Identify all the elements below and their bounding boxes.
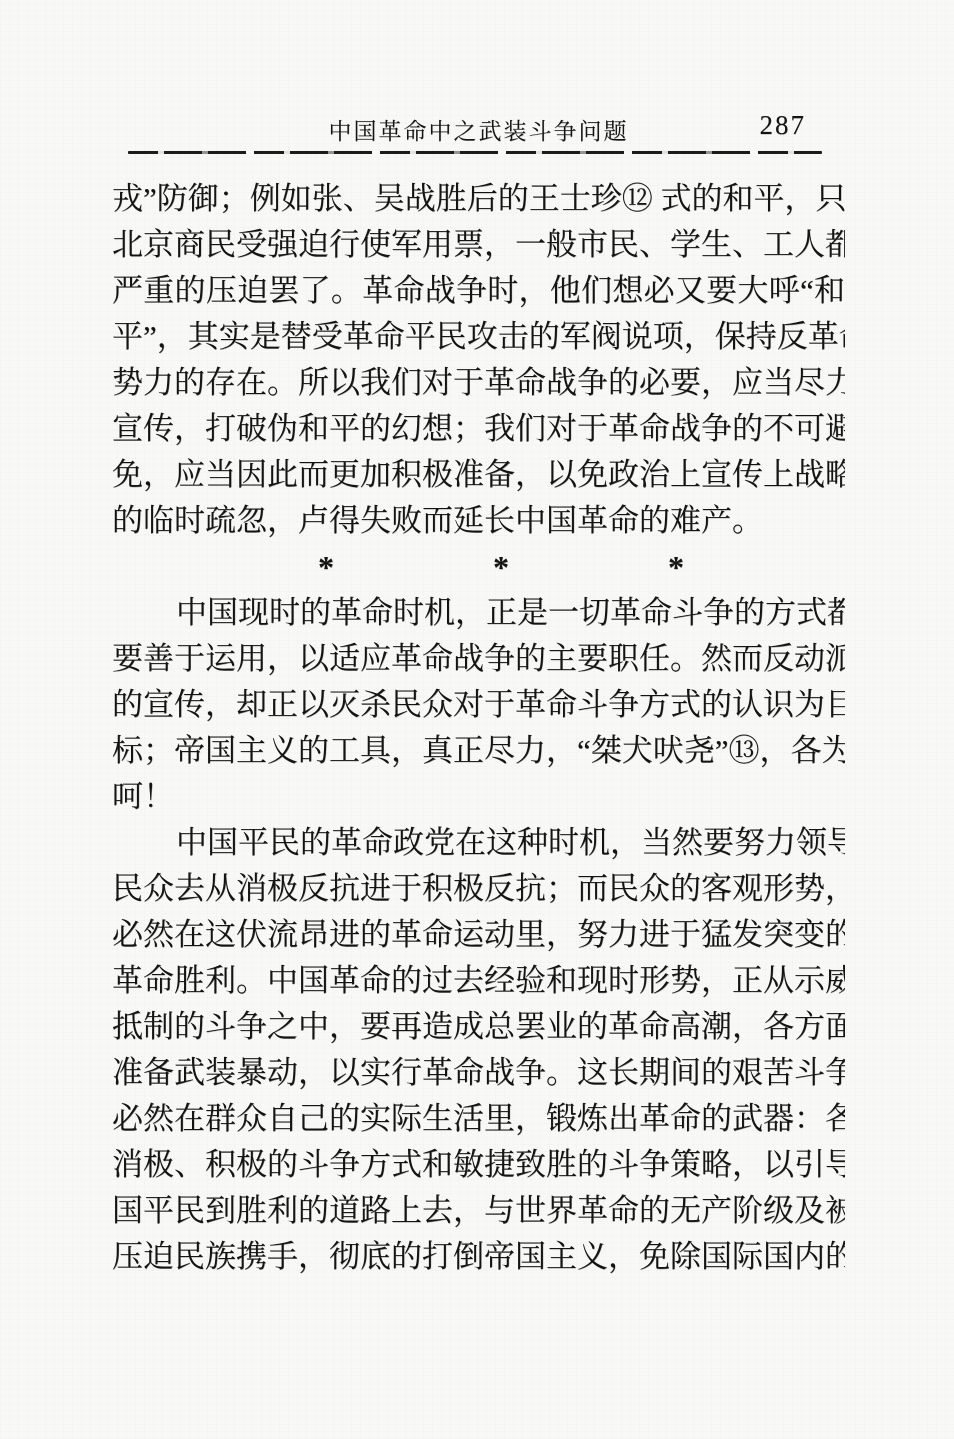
- text-line: 戎”防御；例如张、吴战胜后的王士珍⑫ 式的和平，只是使: [112, 176, 845, 222]
- text-line: 必然在群众自己的实际生活里，锻炼出革命的武器：各种: [112, 1096, 845, 1142]
- text-line: 呵！: [112, 774, 845, 820]
- text-line: 准备武装暴动，以实行革命战争。这长期间的艰苦斗争，: [112, 1050, 845, 1096]
- chapter-title: 中国革命中之武装斗争问题: [329, 113, 629, 146]
- asterisk-icon: *: [318, 544, 334, 590]
- text-line: 免，应当因此而更加积极准备，以免政治上宣传上战略上: [112, 452, 845, 498]
- asterisk-icon: *: [493, 544, 509, 590]
- text-line: 标；帝国主义的工具，真正尽力，“桀犬吠尧”⑬，各为其主: [112, 728, 845, 774]
- asterisk-icon: *: [668, 544, 684, 590]
- section-separator: * * *: [112, 544, 845, 590]
- text-line: 平”，其实是替受革命平民攻击的军阀说项，保持反革命: [112, 314, 845, 360]
- body-text: 戎”防御；例如张、吴战胜后的王士珍⑫ 式的和平，只是使 北京商民受强迫行使军用票…: [112, 176, 845, 1280]
- scanned-book-page: 中国革命中之武装斗争问题 287 戎”防御；例如张、吴战胜后的王士珍⑫ 式的和平…: [0, 0, 954, 1439]
- text-line: 压迫民族携手，彻底的打倒帝国主义，免除国际国内的一: [112, 1234, 845, 1280]
- text-line: 中国平民的革命政党在这种时机，当然要努力领导: [112, 820, 845, 866]
- text-line: 中国现时的革命时机，正是一切革命斗争的方式都: [112, 590, 845, 636]
- text-line: 宣传，打破伪和平的幻想；我们对于革命战争的不可避: [112, 406, 845, 452]
- text-line: 革命胜利。中国革命的过去经验和现时形势，正从示威、: [112, 958, 845, 1004]
- running-header: 中国革命中之武装斗争问题 287: [112, 110, 845, 146]
- text-line: 要善于运用，以适应革命战争的主要职任。然而反动派: [112, 636, 845, 682]
- paragraph-1: 戎”防御；例如张、吴战胜后的王士珍⑫ 式的和平，只是使 北京商民受强迫行使军用票…: [112, 176, 845, 544]
- text-line: 必然在这伏流昂进的革命运动里，努力进于猛发突变的: [112, 912, 845, 958]
- text-line: 严重的压迫罢了。革命战争时，他们想必又要大呼“和: [112, 268, 845, 314]
- text-line: 抵制的斗争之中，要再造成总罢业的革命高潮，各方面: [112, 1004, 845, 1050]
- page-number: 287: [760, 110, 807, 141]
- paragraph-3: 中国平民的革命政党在这种时机，当然要努力领导 民众去从消极反抗进于积极反抗；而民…: [112, 820, 845, 1280]
- text-line: 民众去从消极反抗进于积极反抗；而民众的客观形势，也: [112, 866, 845, 912]
- text-line: 消极、积极的斗争方式和敏捷致胜的斗争策略，以引导中: [112, 1142, 845, 1188]
- header-divider-rule: [128, 151, 822, 154]
- text-line: 势力的存在。所以我们对于革命战争的必要，应当尽力: [112, 360, 845, 406]
- text-line: 北京商民受强迫行使军用票，一般市民、学生、工人都受: [112, 222, 845, 268]
- text-line: 的宣传，却正以灭杀民众对于革命斗争方式的认识为目: [112, 682, 845, 728]
- text-line: 国平民到胜利的道路上去，与世界革命的无产阶级及被: [112, 1188, 845, 1234]
- text-line: 的临时疏忽，卢得失败而延长中国革命的难产。: [112, 498, 845, 544]
- paragraph-2: 中国现时的革命时机，正是一切革命斗争的方式都 要善于运用，以适应革命战争的主要职…: [112, 590, 845, 820]
